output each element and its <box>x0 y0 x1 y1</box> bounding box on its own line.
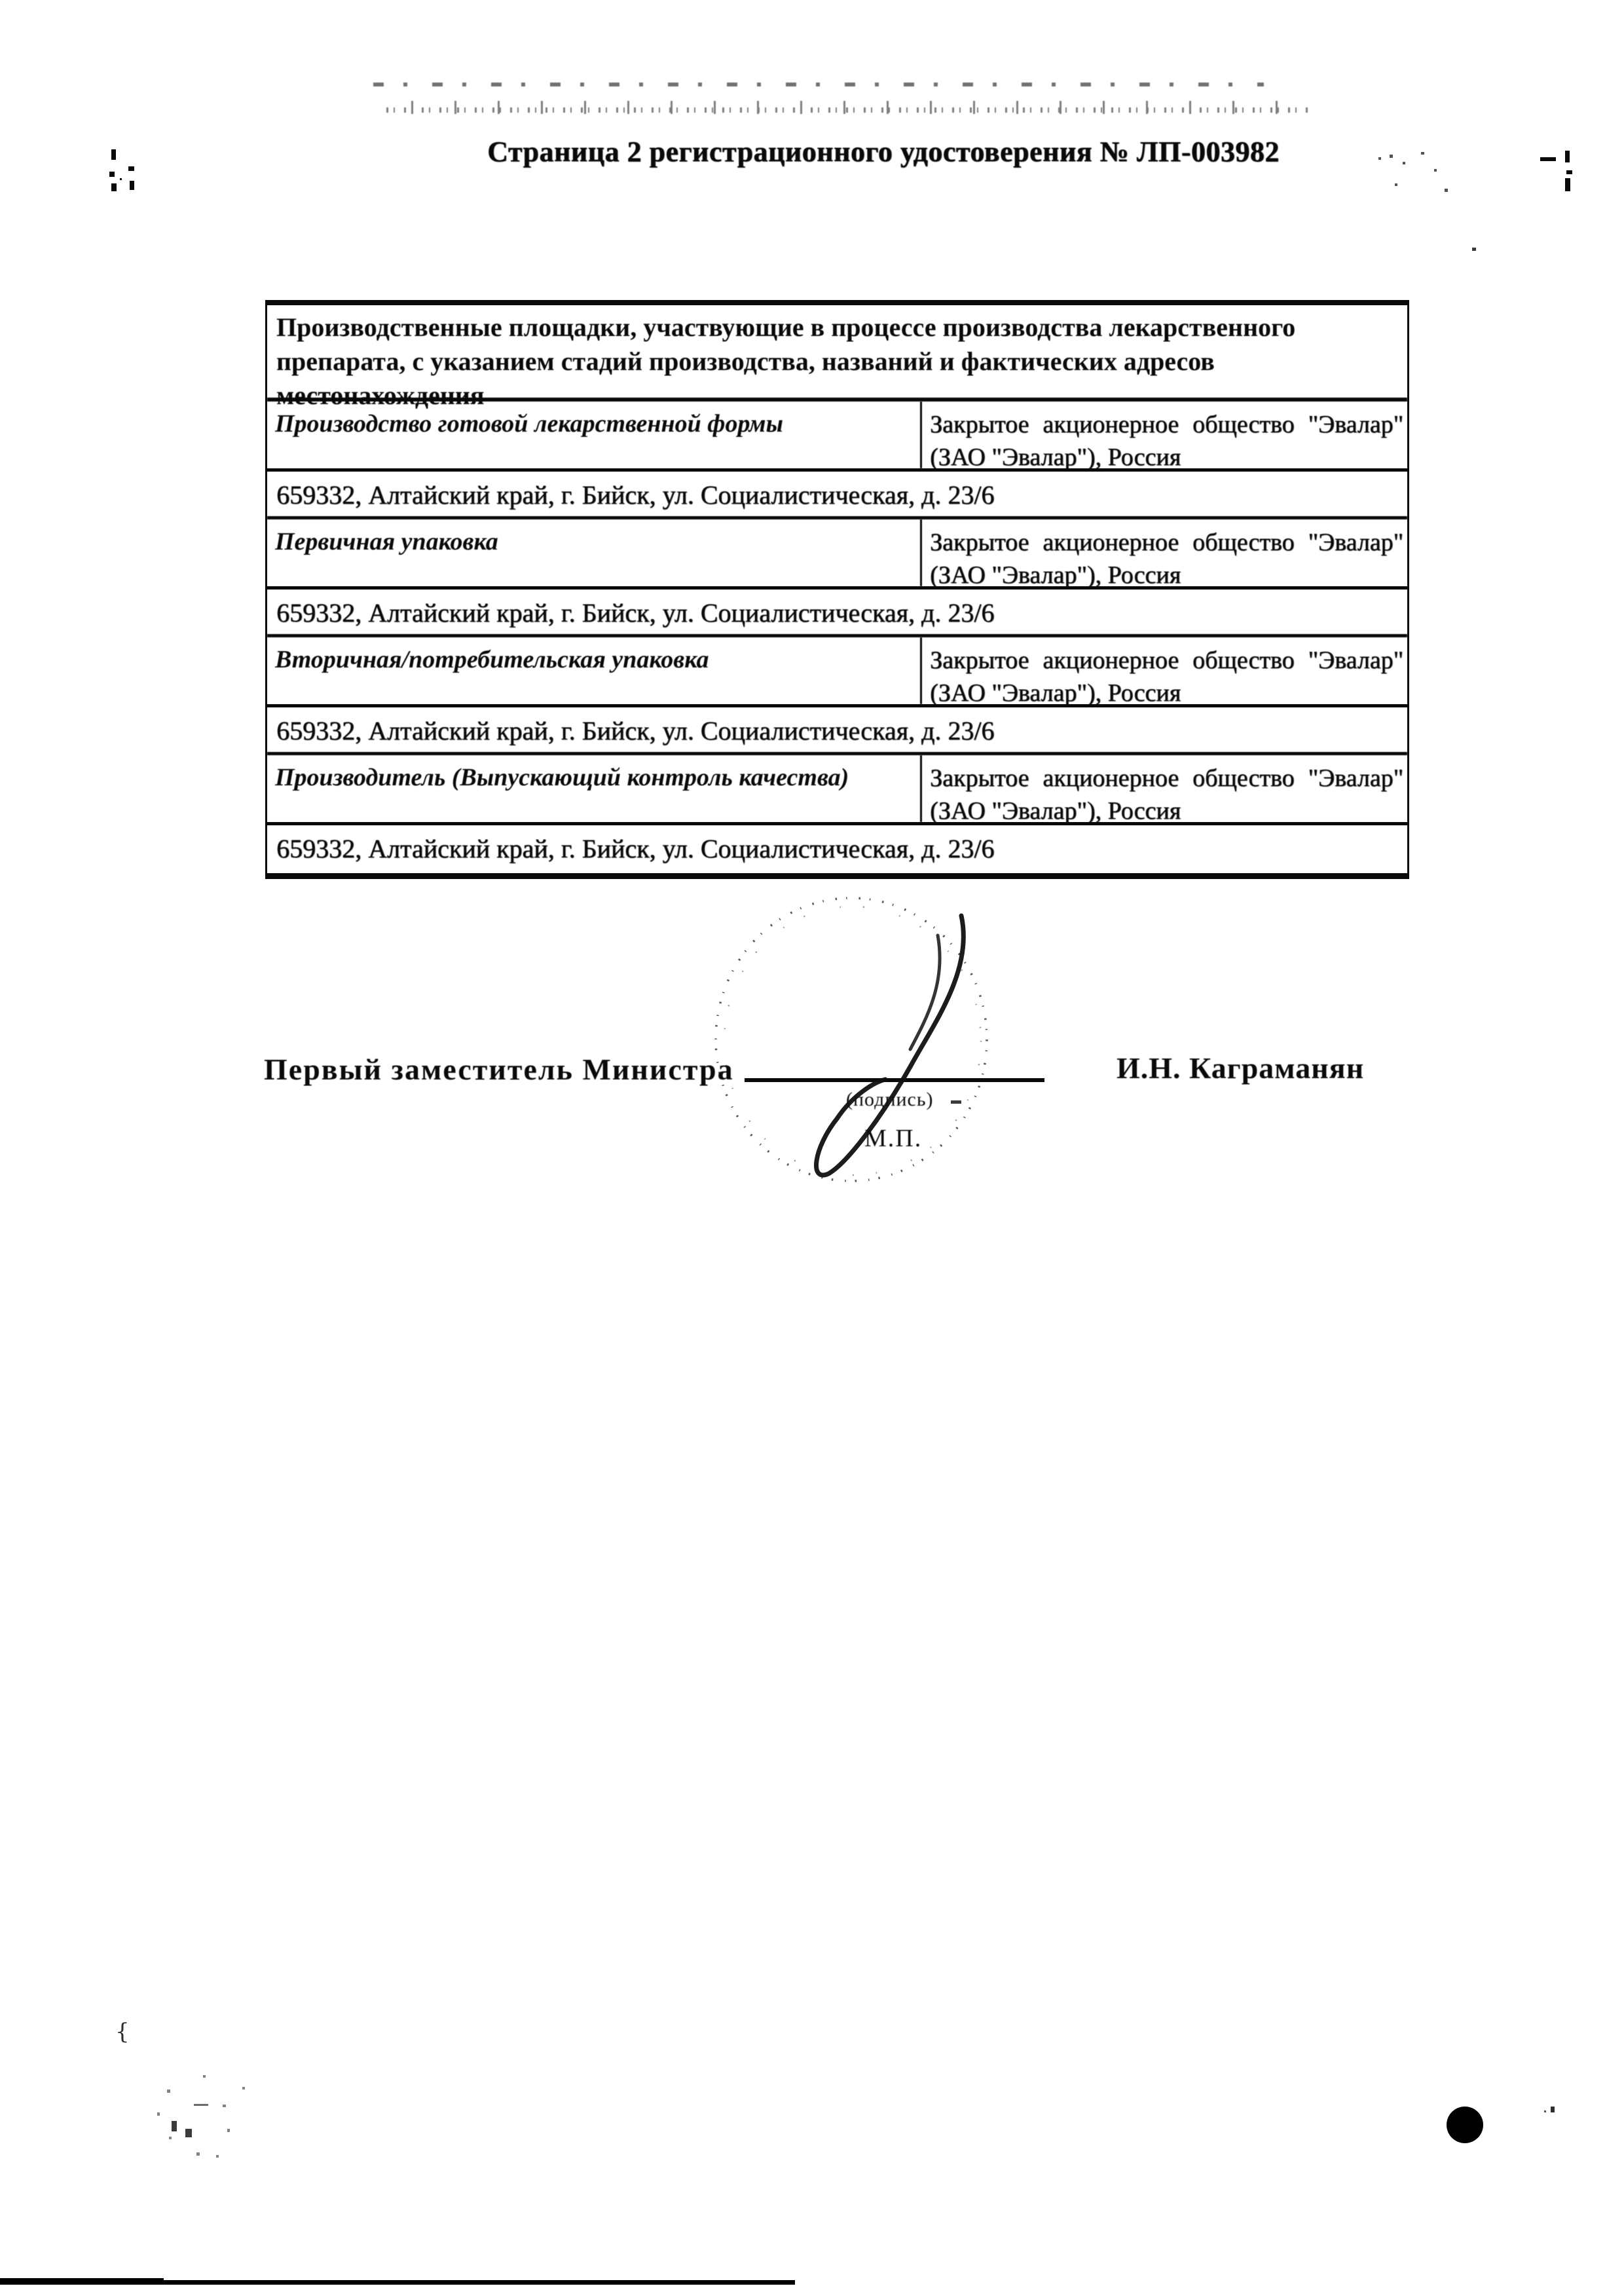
scan-speck <box>223 2105 226 2107</box>
address-cell: 659332, Алтайский край, г. Бийск, ул. Со… <box>267 825 1407 873</box>
scan-speck <box>128 166 134 171</box>
stage-cell: Производство готовой лекарственной формы <box>267 402 922 468</box>
scan-speck <box>1445 189 1448 192</box>
scan-speck <box>1378 157 1381 160</box>
stage-cell: Вторичная/потребительская упаковка <box>267 637 922 704</box>
scan-speck <box>1551 2107 1555 2112</box>
table-row: Производитель (Выпускающий контроль каче… <box>267 755 1407 825</box>
scan-speck <box>1565 151 1570 162</box>
scan-speck <box>242 2087 245 2089</box>
scan-speck <box>216 2155 219 2158</box>
company-cell: Закрытое акционерное общество "Эвалар" (… <box>922 637 1407 704</box>
address-cell: 659332, Алтайский край, г. Бийск, ул. Со… <box>267 472 1407 519</box>
scan-speck <box>111 183 117 191</box>
scan-speck <box>1403 162 1405 164</box>
table-row: Вторичная/потребительская упаковка Закры… <box>267 637 1407 707</box>
company-cell: Закрытое акционерное общество "Эвалар" (… <box>922 755 1407 822</box>
scan-speck <box>167 2089 170 2093</box>
scan-speck <box>1544 2110 1546 2112</box>
scan-speck <box>1395 183 1397 186</box>
table-row: Производство готовой лекарственной формы… <box>267 402 1407 472</box>
scan-speck <box>111 149 116 160</box>
signature-icon <box>816 916 963 1175</box>
scan-speck <box>172 2121 177 2131</box>
address-cell: 659332, Алтайский край, г. Бийск, ул. Со… <box>267 590 1407 637</box>
scan-speck <box>1472 248 1476 251</box>
scan-speck <box>1540 157 1556 161</box>
table-row: Первичная упаковка Закрытое акционерное … <box>267 519 1407 590</box>
signer-title-label: Первый заместитель Министра <box>264 1052 734 1087</box>
scan-ink-dot <box>1447 2107 1483 2143</box>
scan-speck <box>1565 178 1570 191</box>
scan-speck <box>1434 169 1437 172</box>
scan-speck <box>227 2129 230 2132</box>
scan-speck <box>109 172 115 177</box>
page-title: Страница 2 регистрационного удостоверени… <box>487 135 1280 168</box>
scan-speck <box>1421 152 1424 155</box>
scan-speck <box>130 181 134 190</box>
production-sites-table: Производственные площадки, участвующие в… <box>265 300 1409 879</box>
stage-cell: Производитель (Выпускающий контроль каче… <box>267 755 922 822</box>
scan-speck <box>203 2075 206 2078</box>
table-header-cell: Производственные площадки, участвующие в… <box>267 305 1407 402</box>
address-cell: 659332, Алтайский край, г. Бийск, ул. Со… <box>267 707 1407 755</box>
scan-speck <box>120 178 122 180</box>
scan-speck <box>194 2104 208 2106</box>
scan-noise-band-top <box>373 83 1264 86</box>
scan-speck <box>196 2152 200 2156</box>
scan-speck <box>157 2112 160 2116</box>
scan-edge-line <box>0 2278 164 2285</box>
scan-brace-mark: { <box>115 2019 130 2045</box>
scan-speck <box>1566 170 1572 174</box>
scan-noise-band-smudge <box>386 100 1310 117</box>
company-cell: Закрытое акционерное общество "Эвалар" (… <box>922 519 1407 586</box>
stage-cell: Первичная упаковка <box>267 519 922 586</box>
scan-speck <box>169 2137 172 2139</box>
scan-speck <box>1390 155 1393 158</box>
scan-speck <box>185 2129 192 2137</box>
company-cell: Закрытое акционерное общество "Эвалар" (… <box>922 402 1407 468</box>
signer-name-label: И.Н. Каграманян <box>1116 1051 1364 1085</box>
round-stamp-icon <box>688 884 1022 1205</box>
scanned-certificate-page: Страница 2 регистрационного удостоверени… <box>0 0 1624 2286</box>
